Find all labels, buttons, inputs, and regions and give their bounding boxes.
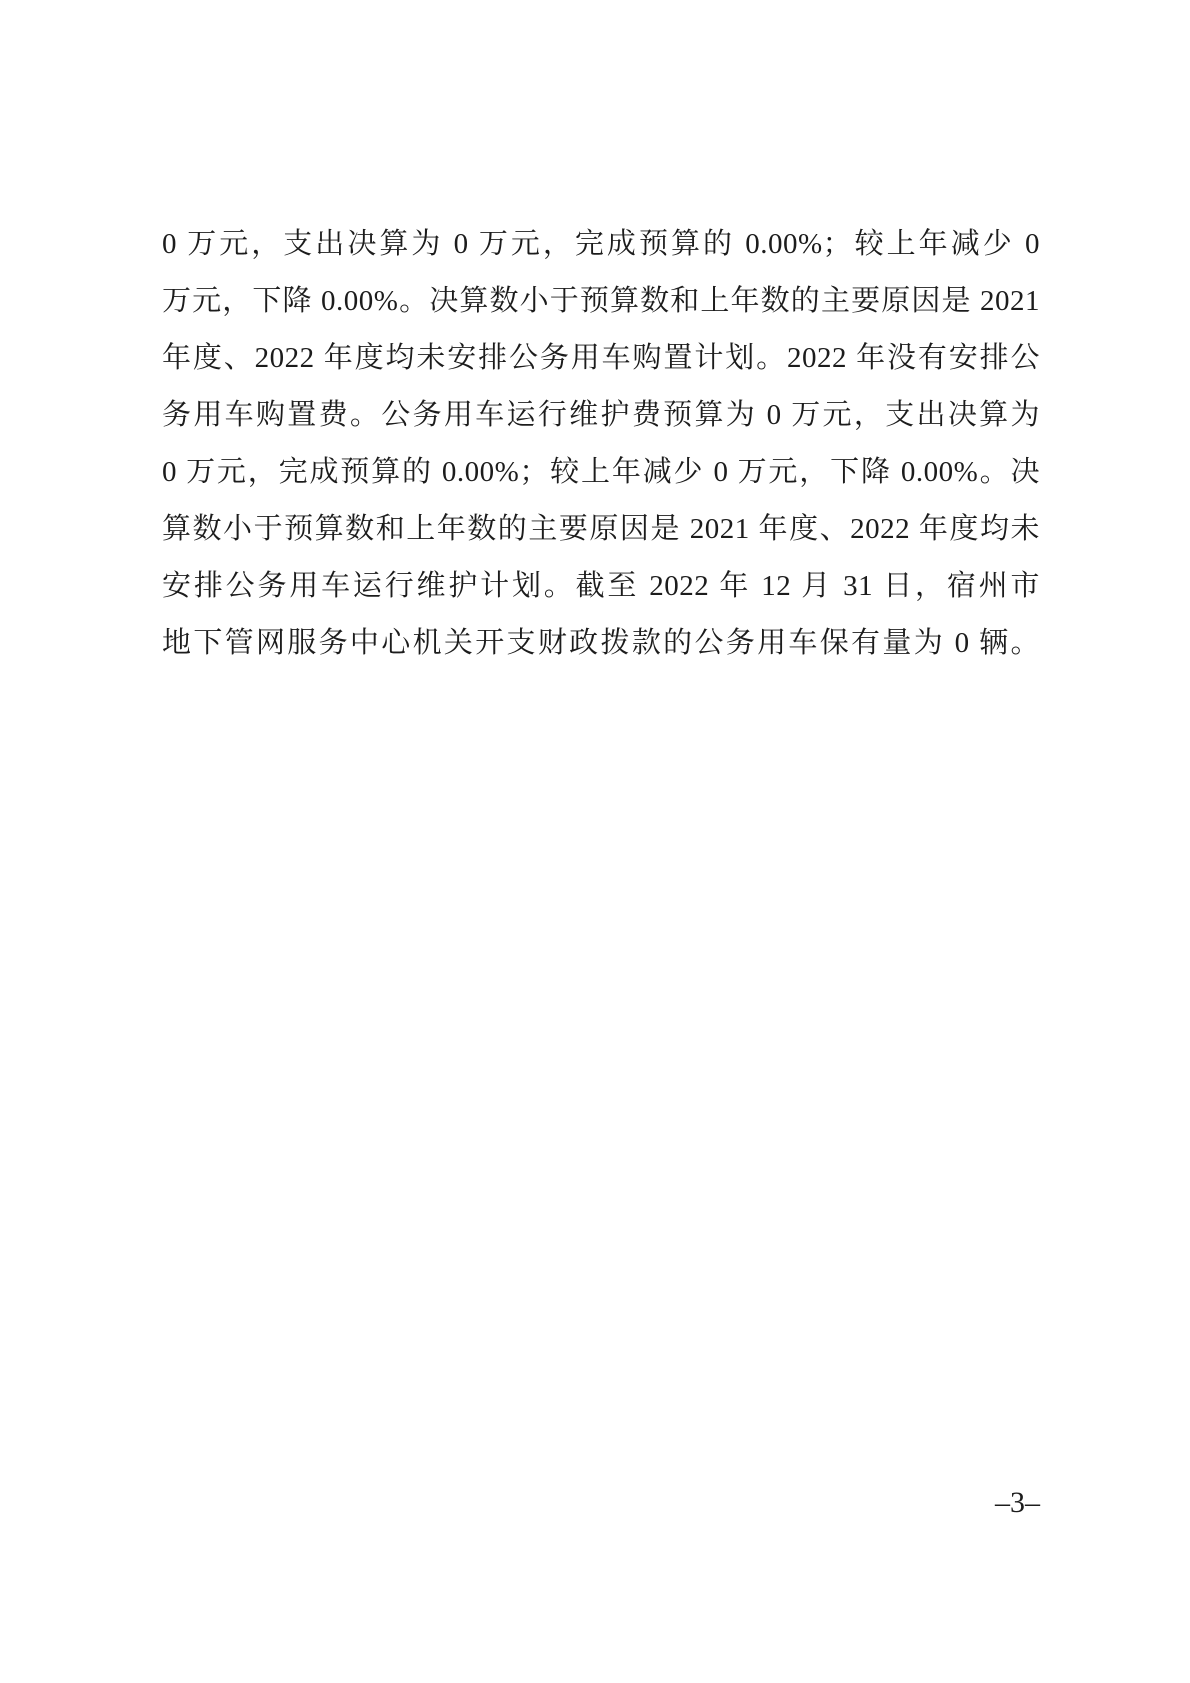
paragraph-line: 0 万元，完成预算的 0.00%；较上年减少 0 万元，下降 0.00%。决 — [162, 444, 1040, 501]
page-number: –3– — [995, 1486, 1040, 1520]
paragraph-line: 地下管网服务中心机关开支财政拨款的公务用车保有量为 0 辆。 — [162, 615, 1040, 672]
paragraph-line: 万元，下降 0.00%。决算数小于预算数和上年数的主要原因是 2021 — [162, 273, 1040, 330]
document-page: 0 万元，支出决算为 0 万元，完成预算的 0.00%；较上年减少 0 万元，下… — [0, 0, 1190, 1683]
paragraph-line: 安排公务用车运行维护计划。截至 2022 年 12 月 31 日，宿州市 — [162, 558, 1040, 615]
paragraph-line: 0 万元，支出决算为 0 万元，完成预算的 0.00%；较上年减少 0 — [162, 216, 1040, 273]
paragraph-line: 算数小于预算数和上年数的主要原因是 2021 年度、2022 年度均未 — [162, 501, 1040, 558]
paragraph-line: 务用车购置费。公务用车运行维护费预算为 0 万元，支出决算为 — [162, 387, 1040, 444]
body-paragraph: 0 万元，支出决算为 0 万元，完成预算的 0.00%；较上年减少 0 万元，下… — [162, 216, 1040, 672]
paragraph-line: 年度、2022 年度均未安排公务用车购置计划。2022 年没有安排公 — [162, 330, 1040, 387]
